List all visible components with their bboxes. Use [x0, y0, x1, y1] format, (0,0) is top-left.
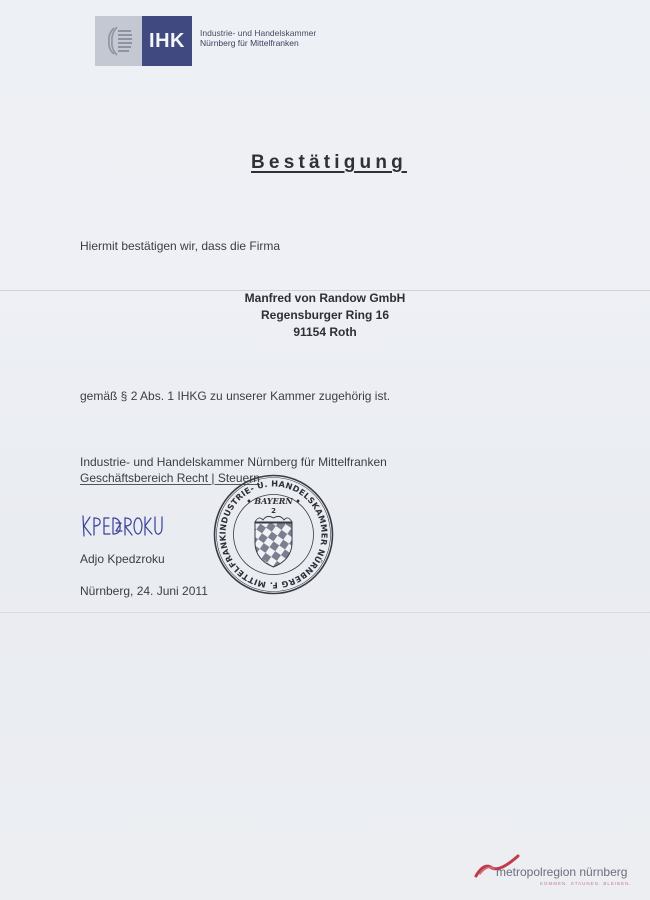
- official-seal: INDUSTRIE- U. HANDELSKAMMER NÜRNBERG F. …: [211, 472, 336, 597]
- scanned-letter: IHK Industrie- und Handelskammer Nürnber…: [0, 0, 650, 900]
- document-title-text: Bestätigung: [243, 152, 407, 173]
- membership-clause: gemäß § 2 Abs. 1 IHKG zu unserer Kammer …: [80, 389, 390, 403]
- handwritten-signature: [80, 512, 165, 545]
- ihk-letterhead: IHK Industrie- und Handelskammer Nürnber…: [95, 16, 316, 66]
- ihk-org-line2: Nürnberg für Mittelfranken: [200, 38, 316, 48]
- company-street: Regensburger Ring 16: [220, 307, 430, 324]
- eagle-icon: [95, 16, 142, 66]
- seal-number: 2: [271, 507, 276, 515]
- ihk-logo: IHK: [95, 16, 192, 66]
- place-and-date: Nürnberg, 24. Juni 2011: [80, 584, 208, 598]
- metropolregion-logo: metropolregion nürnberg KOMMEN. STAUNEN.…: [474, 852, 639, 892]
- ihk-org-name: Industrie- und Handelskammer Nürnberg fü…: [200, 28, 316, 48]
- company-city: 91154 Roth: [220, 324, 430, 341]
- metropolregion-brand: metropolregion nürnberg: [496, 865, 627, 879]
- signer-name: Adjo Kpedzroku: [80, 552, 165, 566]
- document-title: Bestätigung: [0, 152, 650, 174]
- issuer-line1: Industrie- und Handelskammer Nürnberg fü…: [80, 454, 387, 470]
- intro-text: Hiermit bestätigen wir, dass die Firma: [80, 239, 280, 253]
- ihk-org-line1: Industrie- und Handelskammer: [200, 28, 316, 38]
- paper-fold-line: [0, 612, 650, 613]
- seal-top-text: • BAYERN •: [246, 496, 300, 506]
- company-address: Manfred von Randow GmbH Regensburger Rin…: [220, 290, 430, 341]
- company-name: Manfred von Randow GmbH: [220, 290, 430, 307]
- ihk-logo-mark: IHK: [142, 16, 192, 66]
- metropolregion-tagline: KOMMEN. STAUNEN. BLEIBEN.: [540, 881, 632, 886]
